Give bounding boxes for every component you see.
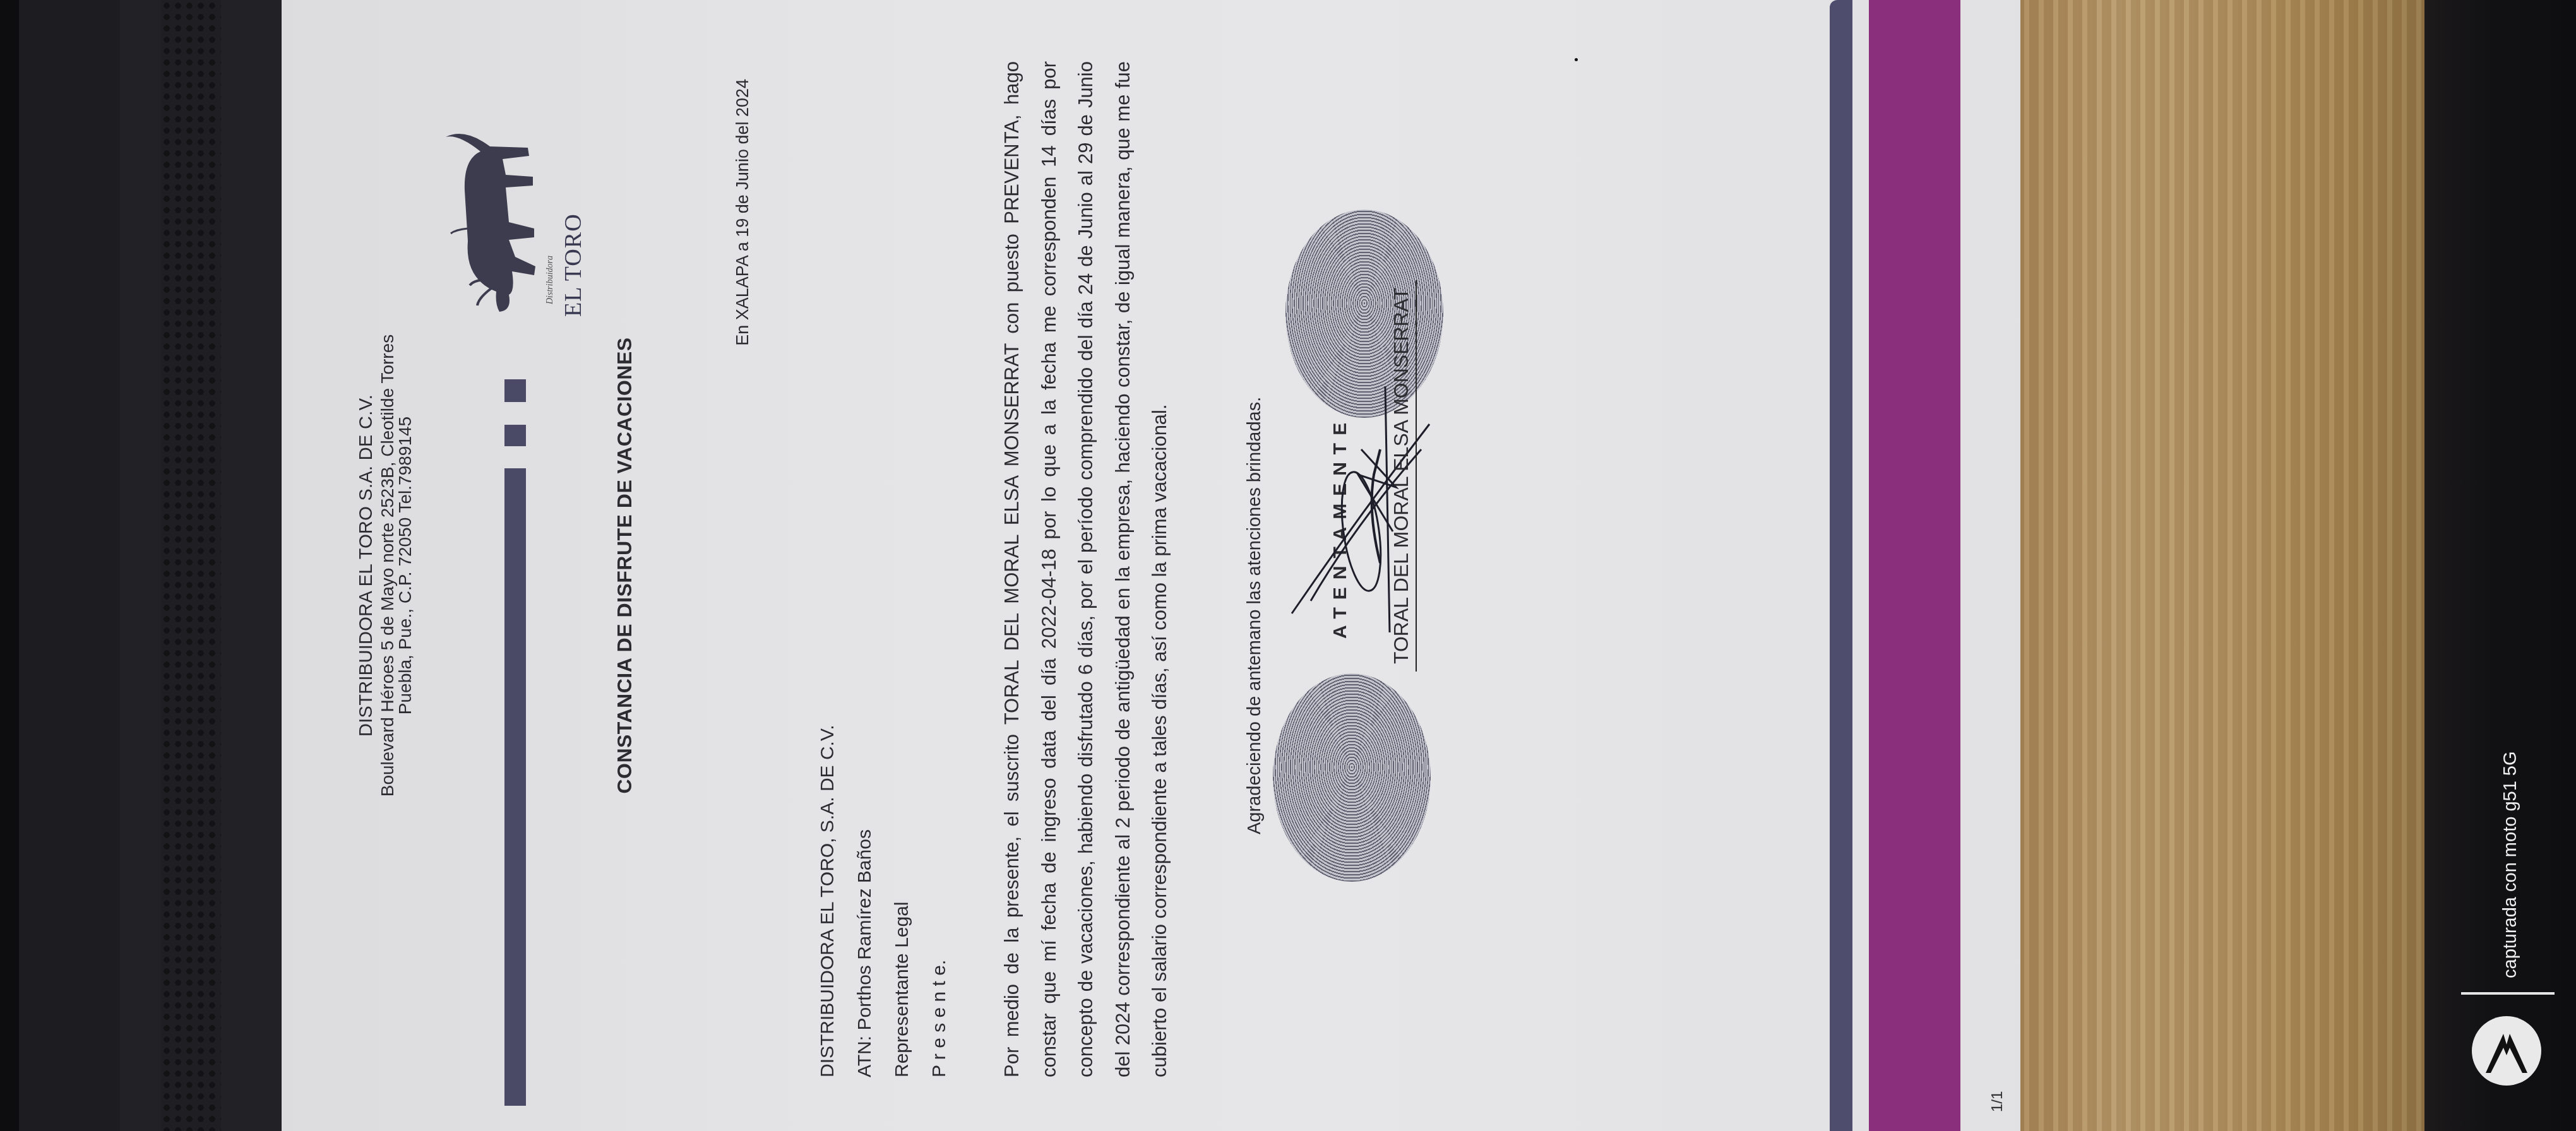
background-mat-dots [161, 0, 221, 1131]
background-mat-edge [0, 0, 19, 1131]
document-content: DISTRIBUIDORA EL TORO S.A. DE C.V. Boule… [282, 0, 1828, 1131]
footer-navy-bar [1830, 0, 1852, 1131]
recipient-greeting: P r e s e n t e. [921, 725, 958, 1078]
fingerprint-left-icon [1273, 673, 1431, 882]
document-title: CONSTANCIA DE DISFRUTE DE VACACIONES [613, 0, 636, 1131]
motorola-logo-icon [2472, 1016, 2541, 1086]
signer-name: TORAL DEL MORAL ELSA MONSERRAT [1390, 280, 1417, 672]
place-date: En XALAPA a 19 de Junio del 2024 [733, 79, 753, 346]
watermark-text: capturada con moto g51 5G [2500, 751, 2521, 978]
background-mat [19, 0, 120, 1131]
wood-table [2020, 0, 2424, 1131]
body-paragraph: Por medio de la presente, el suscrito TO… [994, 61, 1179, 1077]
header-stripe [504, 468, 526, 1106]
recipient-attention: ATN: Porthos Ramírez Baños [846, 725, 883, 1078]
footer-purple-bar [1869, 0, 1960, 1131]
logo-subtitle: Distribuidora [546, 256, 556, 304]
recipient-company: DISTRIBUIDORA EL TORO, S.A. DE C.V. [809, 725, 846, 1078]
header-stripe-segment [504, 425, 526, 446]
header-stripe-segment [504, 379, 526, 402]
recipient-block: DISTRIBUIDORA EL TORO, S.A. DE C.V. ATN:… [809, 725, 958, 1078]
logo-brand: EL TORO [559, 213, 587, 317]
header-address-line2: Puebla, Pue., C.P. 72050 Tel.7989145 [395, 0, 415, 1131]
recipient-role: Representante Legal [883, 725, 921, 1078]
header-company: DISTRIBUIDORA EL TORO S.A. DE C.V. [356, 0, 377, 1131]
watermark-divider [2461, 992, 2555, 995]
page-number: 1/1 [1989, 1091, 2007, 1112]
closing-line: Agradeciendo de antemano las atenciones … [1244, 397, 1265, 834]
